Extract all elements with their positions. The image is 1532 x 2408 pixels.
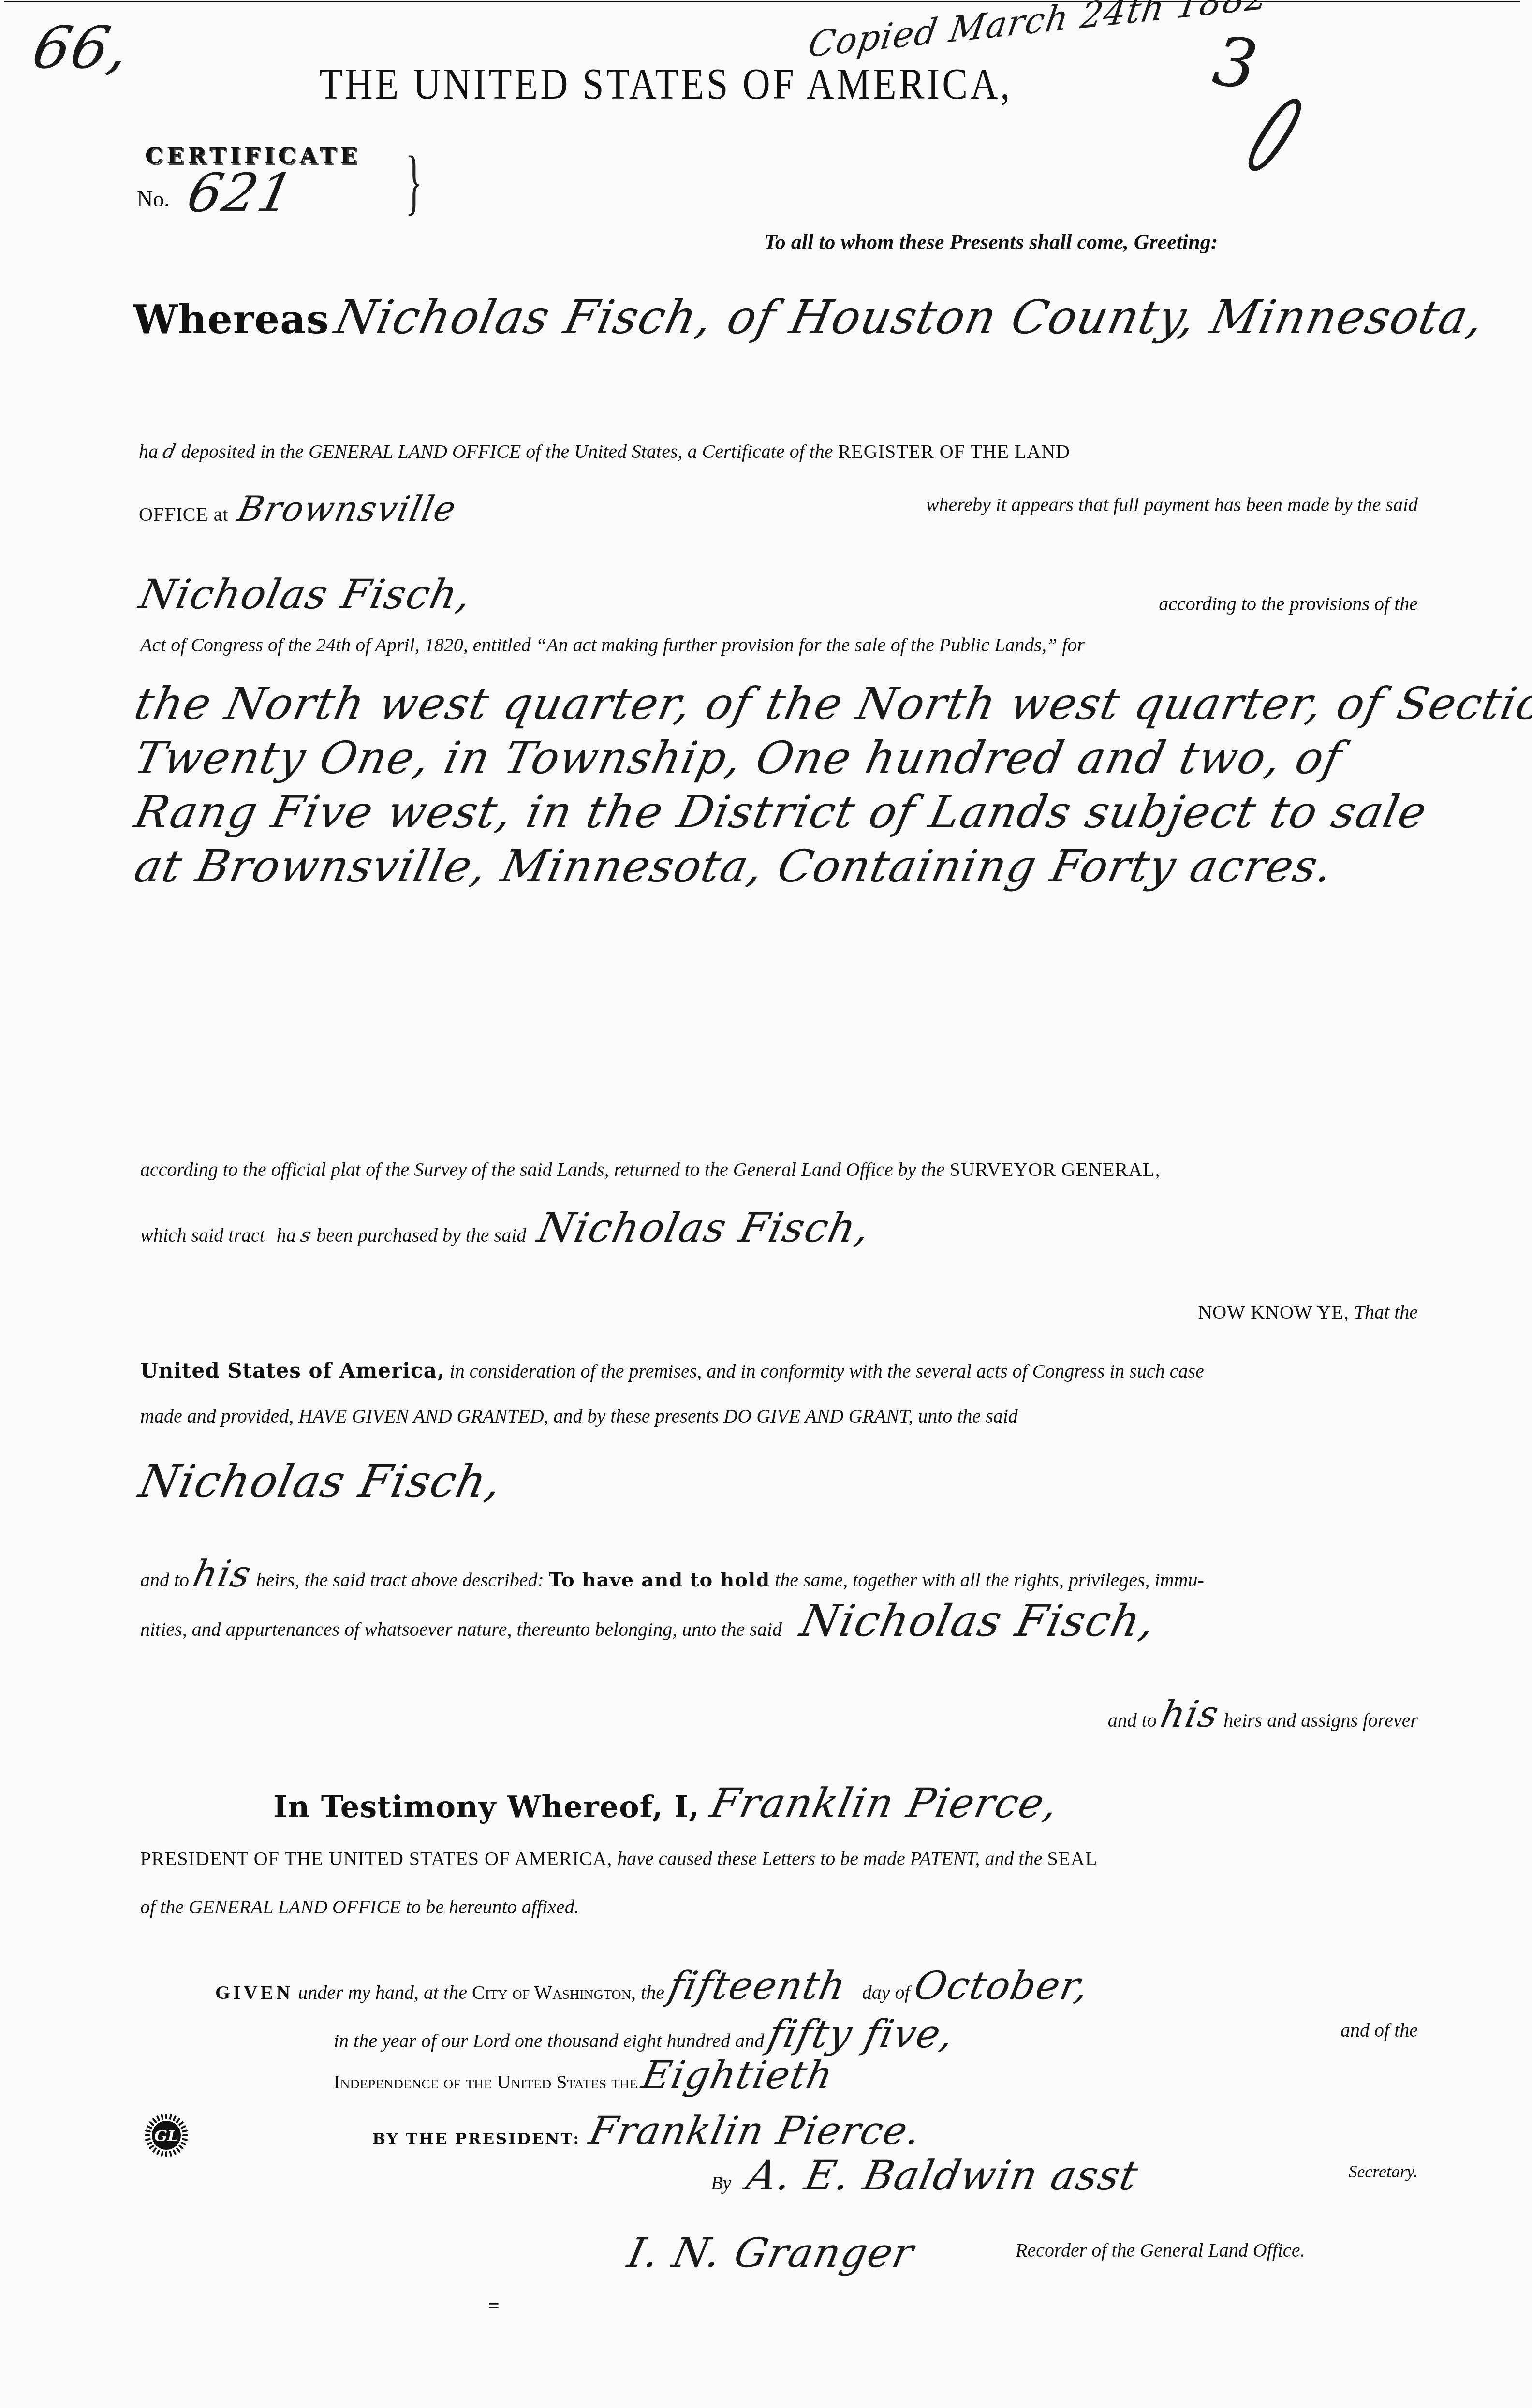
testimony-line: In Testimony Whereof, I, Franklin Pierce… [273,1779,1058,1827]
grant-line-2: made and provided, HAVE GIVEN AND GRANTE… [140,1405,1018,1427]
secretary-line: By A. E. Baldwin asst [711,2152,1138,2199]
secretary-label: Secretary. [1348,2161,1418,2182]
whereby-text: whereby it appears that full payment has… [926,493,1418,516]
by-president-line: BY THE PRESIDENT: Franklin Pierce. [372,2108,921,2153]
svg-text:GL: GL [154,2127,178,2145]
whereas-handwritten: Nicholas Fisch, of Houston County, Minne… [330,290,1489,344]
land-description: the North west quarter, of the North wes… [135,677,1532,894]
survey-line-1: according to the official plat of the Su… [140,1158,1160,1181]
recorder-label: Recorder of the General Land Office. [1016,2239,1305,2261]
general-land-office-seal-icon: GL [144,2113,189,2158]
brace-icon: } [405,140,423,223]
greeting: To all to whom these Presents shall come… [764,230,1218,254]
testimony-line-1: PRESIDENT OF THE UNITED STATES OF AMERIC… [140,1847,1097,1870]
margin-mark: 3 [1208,21,1263,105]
purchaser-handwritten: Nicholas Fisch, [534,1204,875,1251]
day-handwritten: fifteenth [664,1963,851,2008]
grantee-handwritten: Nicholas Fisch, [796,1596,1161,1646]
survey-line-2: which said tract ha s been purchased by … [140,1204,870,1251]
top-border-rule [4,1,1520,2]
land-description-line: the North west quarter, of the North wes… [130,677,1532,731]
grant-line-1: United States of America, in considerati… [140,1359,1204,1382]
habendum-line-2: nities, and appurtenances of whatsoever … [140,1596,1155,1646]
stray-mark: = [488,2294,500,2317]
certificate-number: 621 [182,162,299,224]
given-line: GIVEN under my hand, at the City of Wash… [215,1963,1089,2008]
grantee-handwritten: Nicholas Fisch, [135,1455,507,1507]
whereas-lead: Whereas [133,296,329,343]
land-description-line: Rang Five west, in the District of Lands… [130,785,1532,839]
deposit-line-1: ha d deposited in the GENERAL LAND OFFIC… [139,440,1070,463]
now-know-ye-line: NOW KNOW YE, That the [1198,1301,1418,1323]
land-description-line: at Brownsville, Minnesota, Containing Fo… [130,839,1532,894]
margin-number: 66, [27,15,136,82]
and-of-the: and of the [1340,2019,1418,2041]
document-title: THE UNITED STATES OF AMERICA, [319,58,1012,109]
deposit-line-2: OFFICE at Brownsville [139,488,456,529]
assigns-line: and to his heirs and assigns forever [1108,1692,1418,1735]
land-office-handwritten: Brownsville [234,488,460,529]
according-text: according to the provisions of the [1159,592,1418,615]
year-handwritten: fifty five, [764,2012,959,2056]
president-handwritten: Franklin Pierce, [706,1779,1063,1827]
recorder-signature: I. N. Granger [624,2229,919,2276]
president-signature: Franklin Pierce. [585,2108,926,2153]
independence-handwritten: Eightieth [638,2053,838,2098]
year-line: in the year of our Lord one thousand eig… [334,2012,954,2056]
certificate-number-label: No. [137,186,170,212]
payer-handwritten: Nicholas Fisch, [135,571,477,618]
act-line: Act of Congress of the 24th of April, 18… [140,633,1085,656]
secretary-signature: A. E. Baldwin asst [743,2152,1143,2199]
land-description-line: Twenty One, in Township, One hundred and… [130,731,1532,785]
month-handwritten: October, [910,1963,1094,2008]
independence-line: Independence of the United States the Ei… [334,2053,833,2098]
copied-note: Copied March 24th 1882 [806,0,1272,65]
testimony-line-2: of the GENERAL LAND OFFICE to be hereunt… [140,1895,579,1918]
habendum-line-1: and to his heirs, the said tract above d… [140,1552,1204,1595]
whereas-line: Whereas Nicholas Fisch, of Houston Count… [133,290,1484,344]
